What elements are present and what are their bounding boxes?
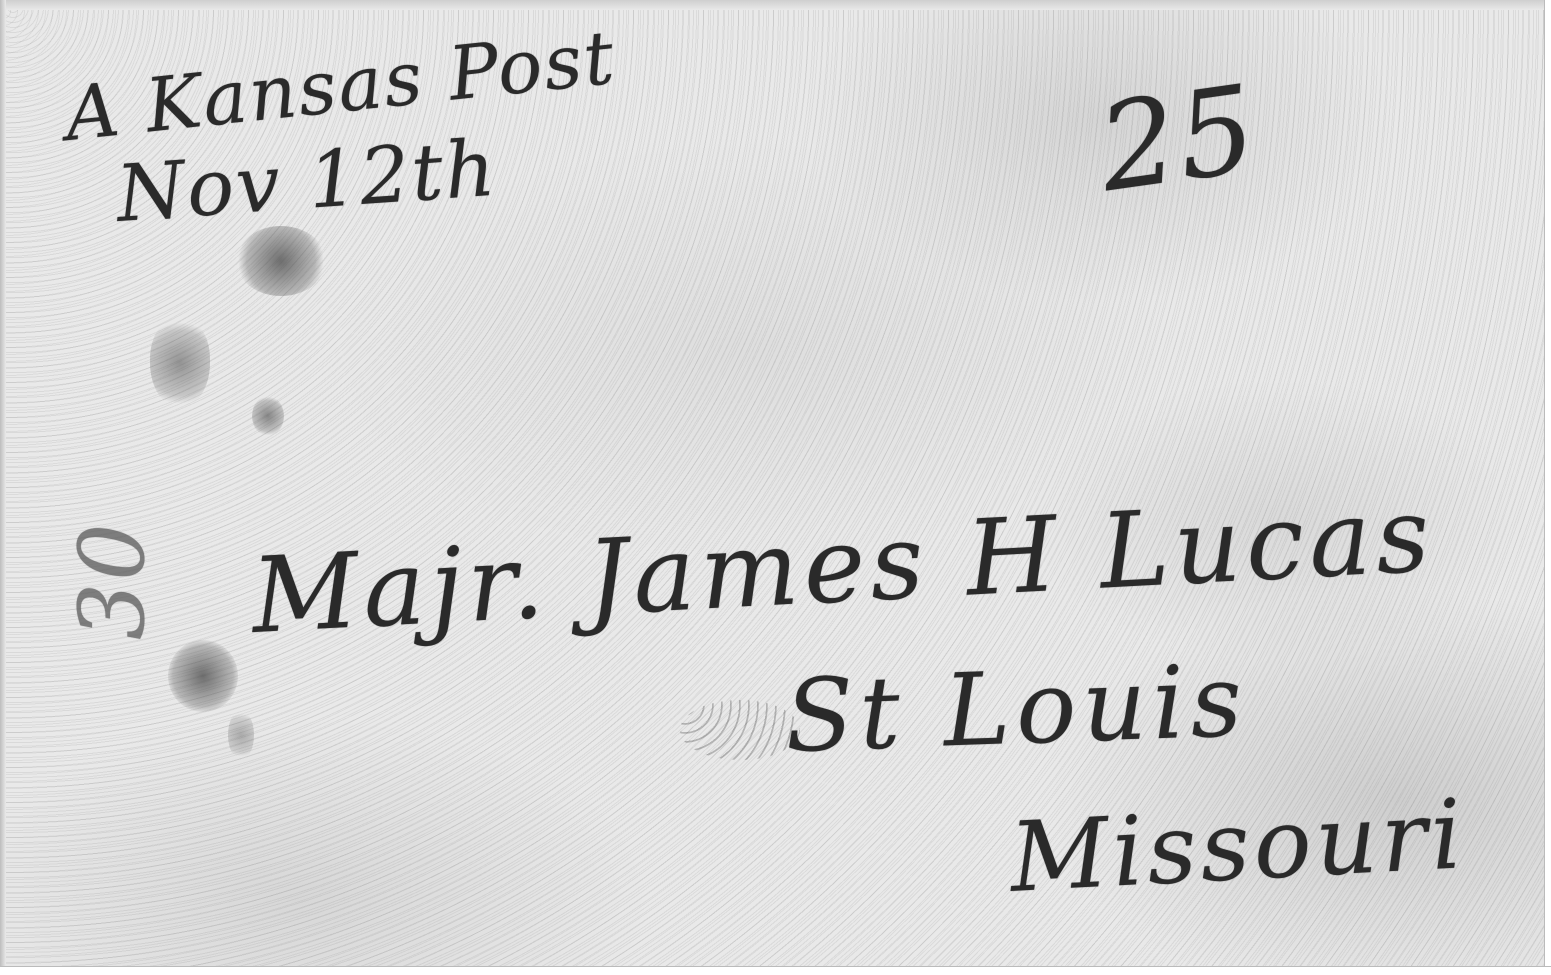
addressee-name: Majr. James H Lucas xyxy=(249,473,1438,657)
scan-edge-bottom xyxy=(0,966,1551,975)
scan-edge-right xyxy=(1544,0,1551,975)
ink-specks xyxy=(680,700,800,760)
ink-stain xyxy=(252,396,284,436)
ink-stain xyxy=(168,640,238,712)
postage-rate: 25 xyxy=(1091,60,1266,219)
address-city: St Louis xyxy=(783,642,1250,775)
ink-stain xyxy=(236,226,326,296)
envelope-scan: A Kansas Post Nov 12th 25 30 Majr. James… xyxy=(0,0,1551,975)
ink-stain xyxy=(150,318,210,408)
docket-note: 30 xyxy=(60,521,165,640)
scan-edge-top xyxy=(0,0,1551,10)
address-state: Missouri xyxy=(1007,778,1468,914)
ink-stain xyxy=(228,710,254,760)
scan-edge-left xyxy=(0,0,6,975)
